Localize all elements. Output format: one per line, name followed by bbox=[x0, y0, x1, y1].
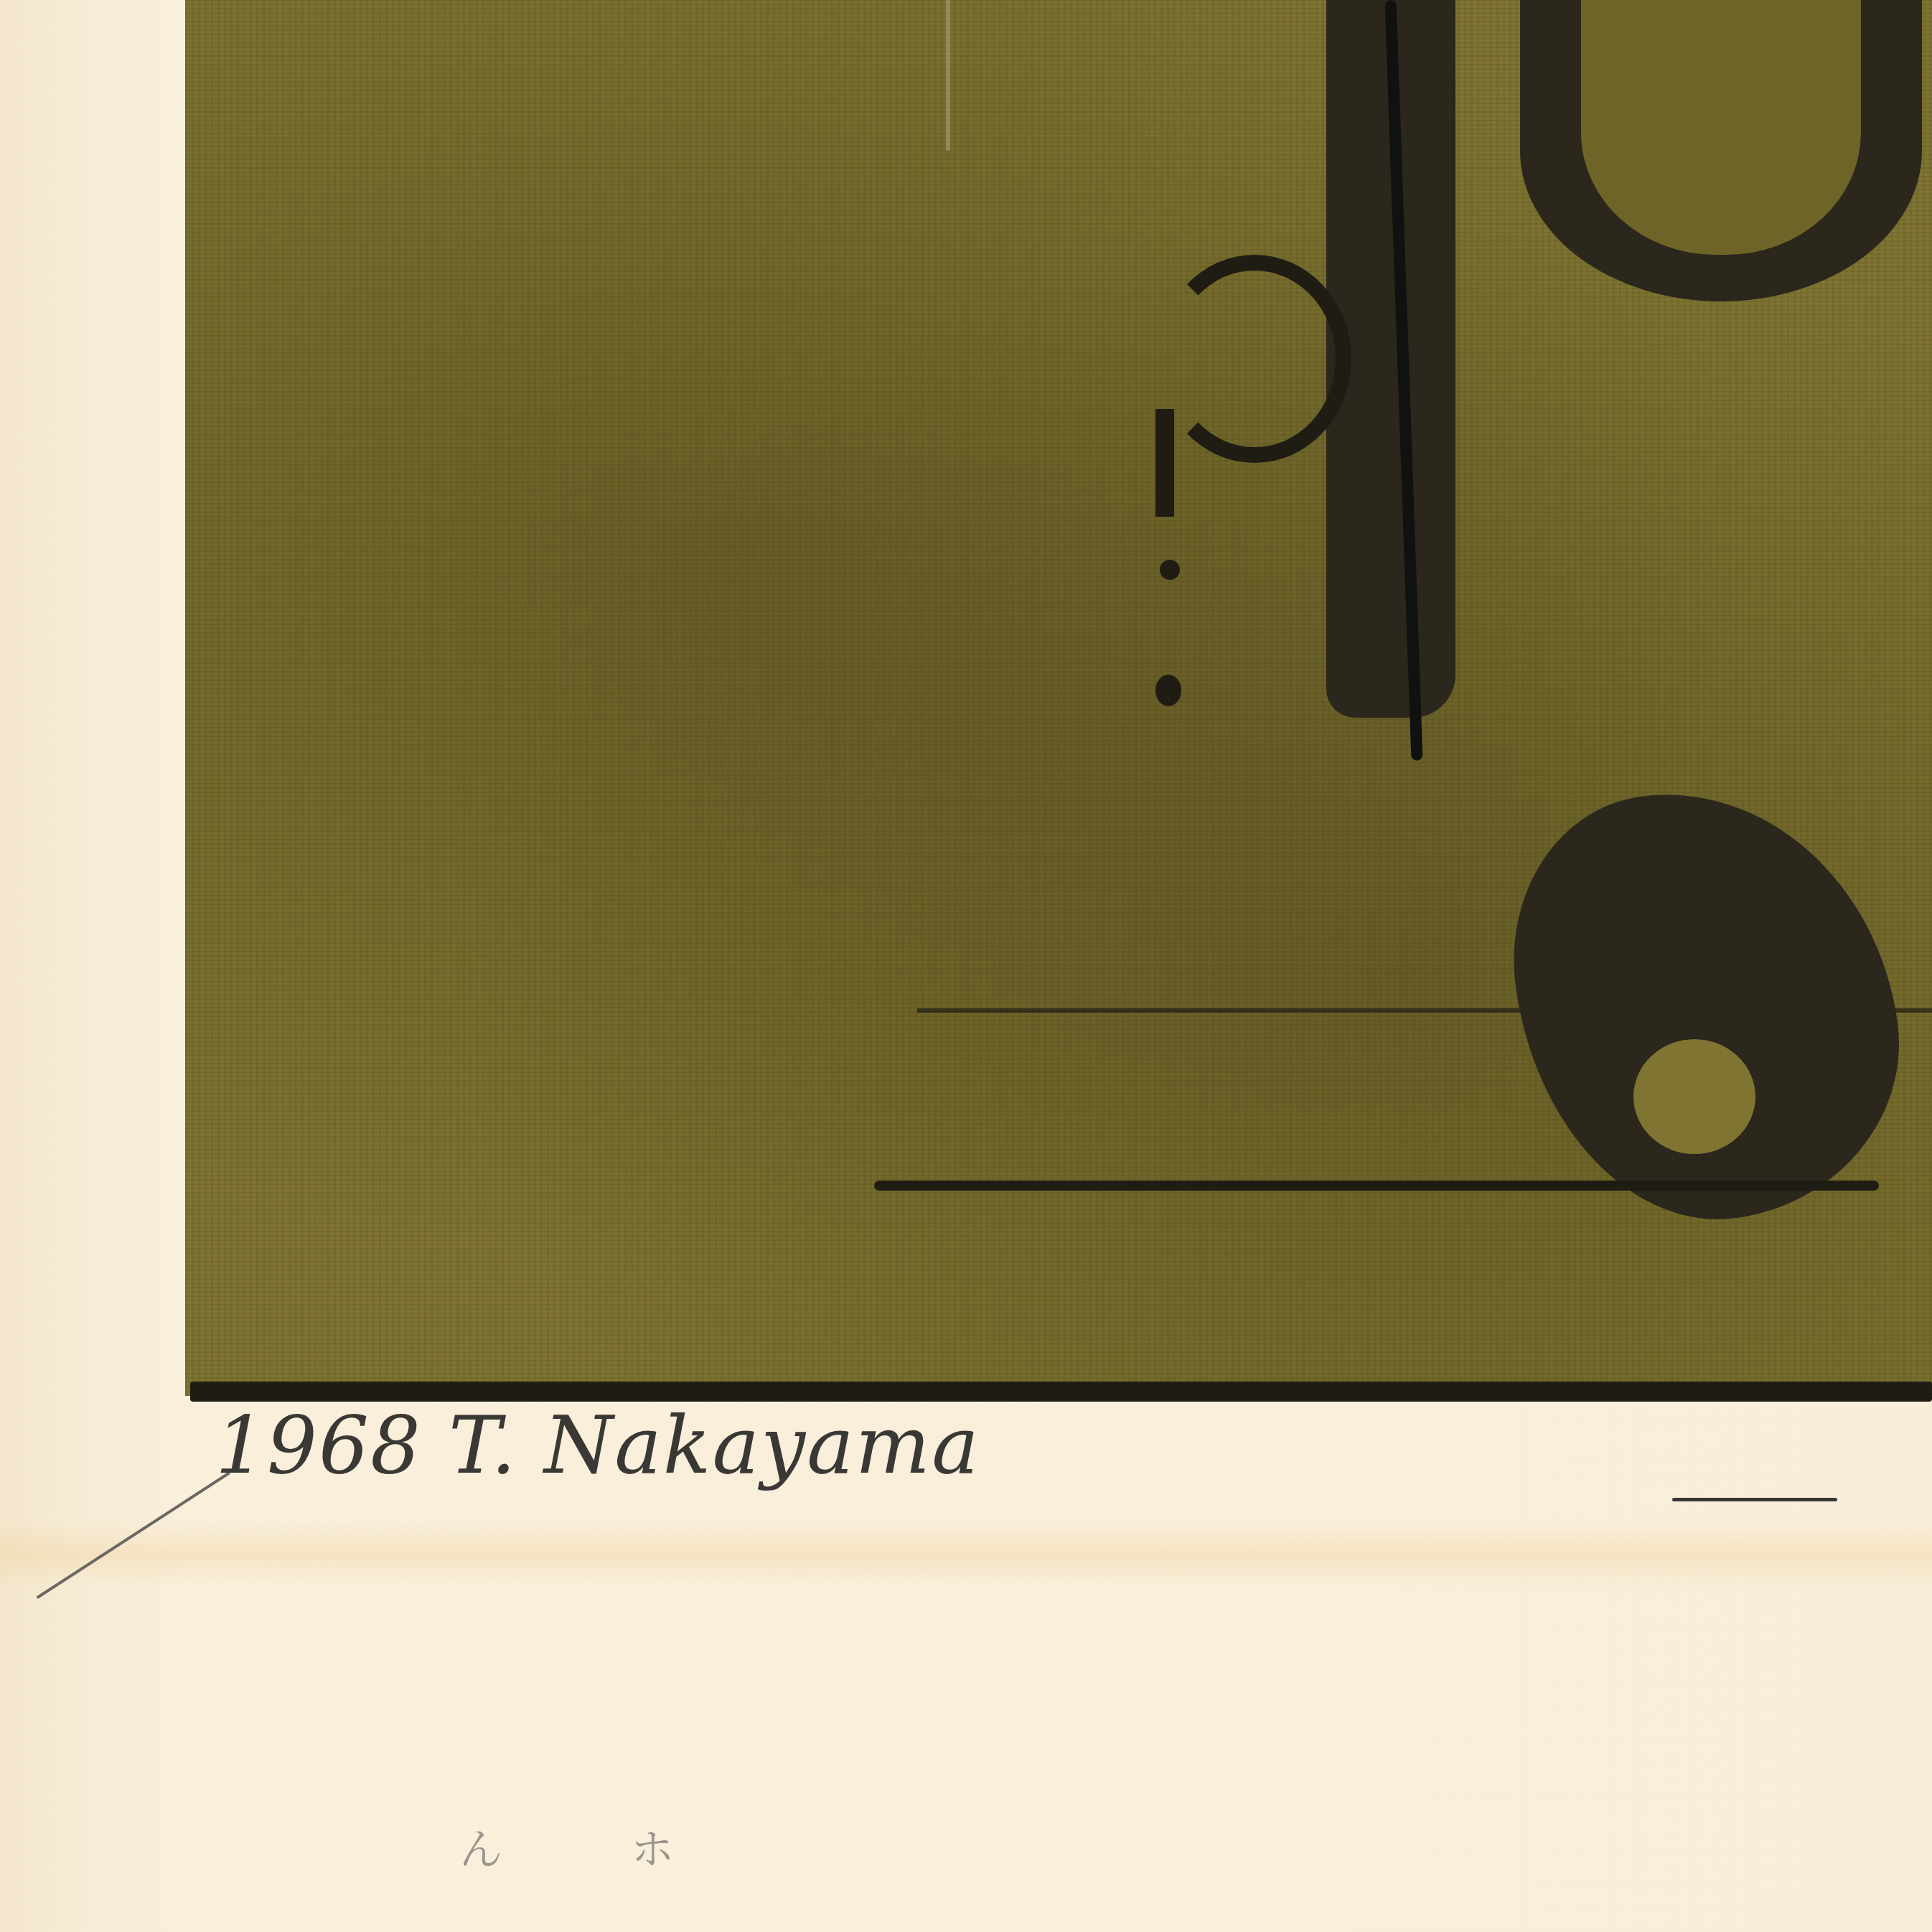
small-ring-shape bbox=[1158, 255, 1351, 463]
dot-shape bbox=[1160, 560, 1180, 580]
print-bottom-border bbox=[190, 1382, 1932, 1402]
pencil-annotation: ん ホ bbox=[459, 1816, 731, 1877]
signature-underline bbox=[1672, 1498, 1837, 1501]
ground-line bbox=[874, 1181, 1879, 1191]
paper-stain bbox=[0, 1521, 1932, 1586]
top-ring-inner bbox=[1581, 0, 1861, 255]
artist-signature: 1968 T. Nakayama bbox=[215, 1399, 980, 1491]
foot-shape bbox=[1492, 766, 1921, 1244]
small-ring-tail bbox=[1155, 409, 1174, 517]
vertical-scratch bbox=[946, 0, 950, 151]
foot-hole bbox=[1628, 1033, 1761, 1160]
print-image-area bbox=[185, 0, 1932, 1396]
dot-shape bbox=[1155, 675, 1181, 706]
